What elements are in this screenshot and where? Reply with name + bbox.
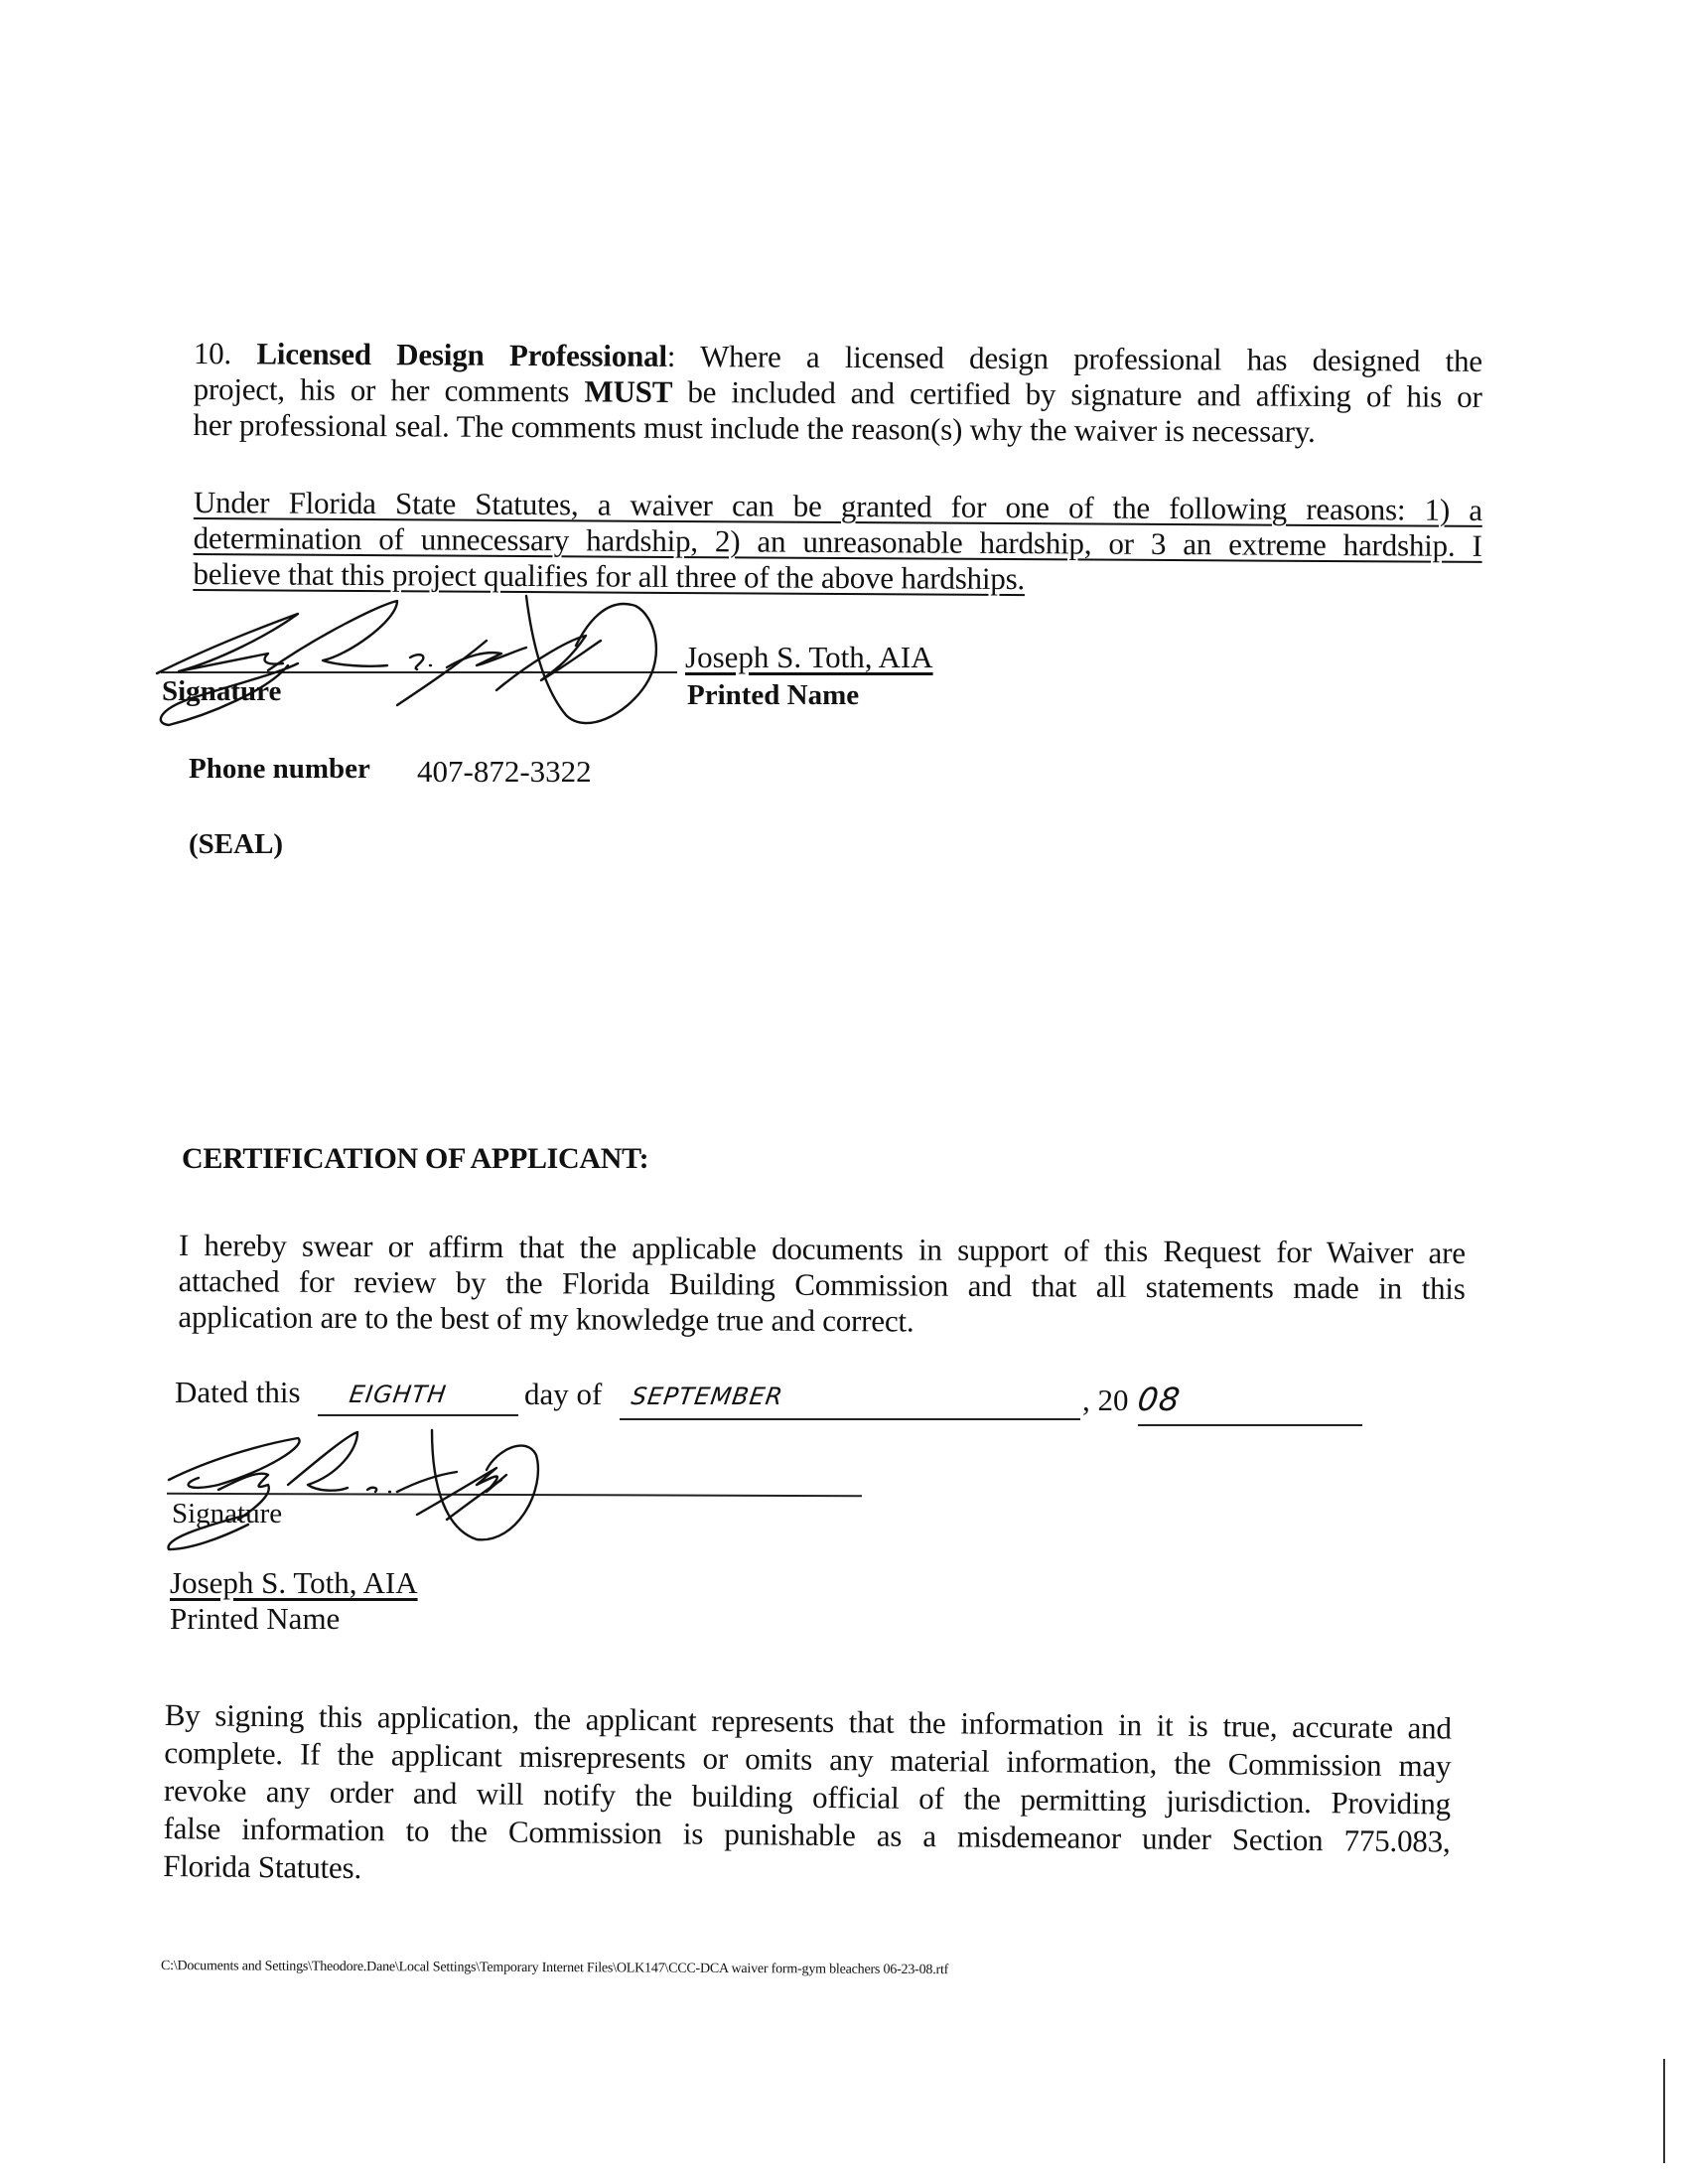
day-of-label: day of xyxy=(524,1377,602,1412)
certification-paragraph: I hereby swear or affirm that the applic… xyxy=(178,1228,1466,1343)
year-field-line xyxy=(1138,1424,1362,1426)
day-field-value[interactable]: EIGHTH xyxy=(348,1381,449,1408)
scan-edge-mark xyxy=(1663,2059,1665,2163)
footer-file-path: C:\Documents and Settings\Theodore.Dane\… xyxy=(161,1959,948,1978)
applicant-printed-name-value: Joseph S. Toth, AIA xyxy=(170,1565,418,1601)
section-heading: Licensed Design Professional xyxy=(256,336,667,373)
section-10-line-3: her professional seal. The comments must… xyxy=(193,407,1481,451)
professional-signature-label: Signature xyxy=(162,675,281,708)
month-field-line xyxy=(620,1418,1080,1420)
seal-label: (SEAL) xyxy=(189,828,283,861)
must-emphasis: MUST xyxy=(584,373,672,409)
day-field-line xyxy=(318,1414,518,1416)
professional-printed-name-label: Printed Name xyxy=(687,679,859,712)
year-prefix: , 20 xyxy=(1082,1383,1129,1418)
professional-printed-name-value: Joseph S. Toth, AIA xyxy=(685,640,933,675)
phone-number-value: 407-872-3322 xyxy=(417,754,592,790)
applicant-signature-label: Signature xyxy=(172,1498,282,1530)
dated-this-label: Dated this xyxy=(175,1375,301,1410)
phone-number-label: Phone number xyxy=(189,753,370,786)
section-number: 10. xyxy=(194,336,231,370)
section-10-paragraph: 10. Licensed Design Professional: Where … xyxy=(193,336,1482,451)
certification-heading: CERTIFICATION OF APPLICANT: xyxy=(182,1142,648,1176)
month-field-value[interactable]: SEPTEMBER xyxy=(630,1383,785,1410)
year-field-value[interactable]: 08 xyxy=(1135,1381,1183,1418)
applicant-printed-name-label: Printed Name xyxy=(170,1601,340,1637)
professional-signature-handwriting xyxy=(149,596,725,735)
disclaimer-paragraph: By signing this application, the applica… xyxy=(163,1696,1452,1899)
hardship-statement: Under Florida State Statutes, a waiver c… xyxy=(193,485,1482,600)
